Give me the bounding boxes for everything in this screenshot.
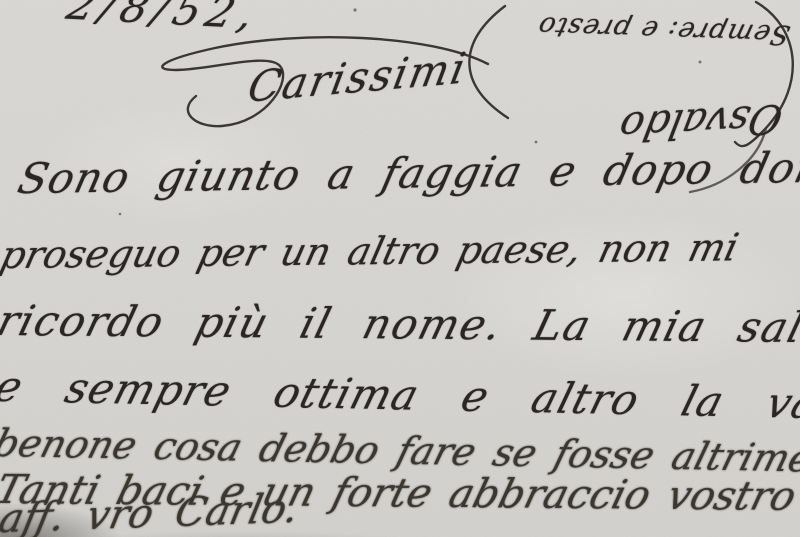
date-text: 2/8/52, (62, 0, 265, 35)
body-line: ricordo più il nome. La mia salute (0, 300, 800, 350)
ink-speck (353, 8, 356, 11)
rotated-note-line2: Osvaldo (616, 98, 786, 147)
rotated-note: Osvaldo Sempre: e presto (460, 0, 800, 152)
body-line: Sono giunto a faggia e dopo domani (14, 146, 800, 201)
body-line: proseguo per un altro paese, non mi (0, 228, 742, 274)
rotated-note-line1: Sempre: e presto (535, 12, 793, 48)
body-line: e sempre ottima e altro la va (0, 366, 800, 425)
signature-text: aff. vro Carlo. (0, 489, 302, 537)
ink-speck (119, 213, 122, 216)
letter-page: 2/8/52, Carissimi Osvaldo Sempre: e pres… (0, 0, 800, 537)
greeting-text: Carissimi (245, 47, 471, 109)
